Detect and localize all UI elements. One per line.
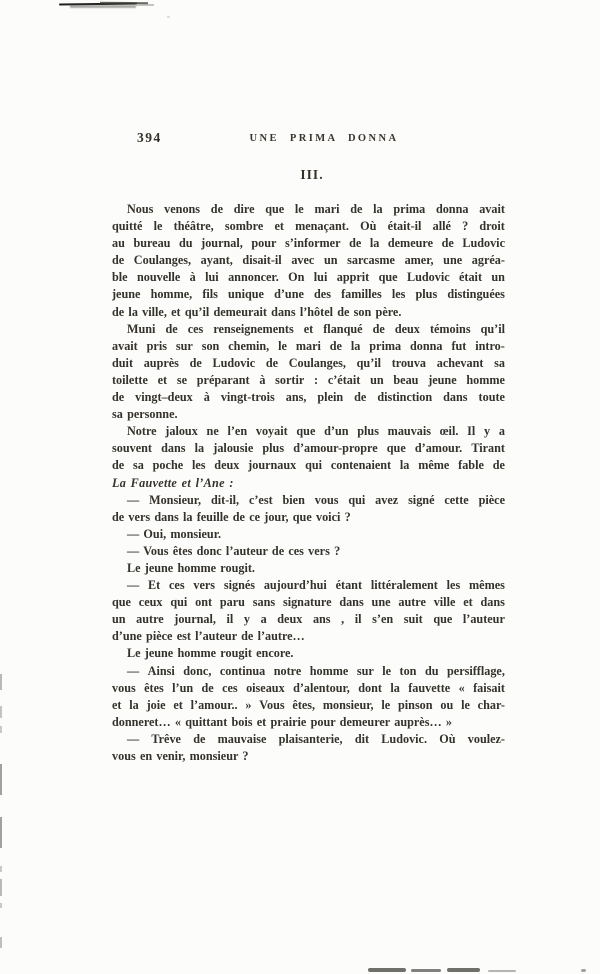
paragraph: Le jeune homme rougit encore. xyxy=(112,645,505,662)
text-line: toiletteetsepréparantàsortir:c’étaitunbe… xyxy=(112,372,505,389)
text-line: Le jeune homme rougit encore. xyxy=(112,645,505,662)
text-line: etlajoieetl’amour..»Vousêtes,monsieur,le… xyxy=(112,697,505,714)
text-line: Nousvenonsdedirequelemaridelaprimadonnaa… xyxy=(112,201,505,218)
scan-left-edge-mark xyxy=(0,879,2,896)
scan-bottom-dash xyxy=(488,970,516,972)
paragraph: Notrejalouxnel’envoyaitqued’unplusmauvai… xyxy=(112,423,505,491)
paragraph: Le jeune homme rougit. xyxy=(112,560,505,577)
text-line: blenouvelleàluiannoncer.OnluiappritqueLu… xyxy=(112,269,505,286)
scan-left-edge-mark xyxy=(0,817,2,848)
scan-bottom-dash xyxy=(581,969,586,972)
text-line: aubureaudujournal,pours’informerdelademe… xyxy=(112,235,505,252)
text-line: Notrejalouxnel’envoyaitqued’unplusmauvai… xyxy=(112,423,505,440)
text-line: — Oui, monsieur. xyxy=(112,526,505,543)
text-line: de la ville, et qu’il demeurait dans l’h… xyxy=(112,304,505,321)
text-line: sa personne. xyxy=(112,406,505,423)
text-line: —Trêvedemauvaiseplaisanterie,ditLudovic.… xyxy=(112,731,505,748)
body-text: Nousvenonsdedirequelemaridelaprimadonnaa… xyxy=(112,201,505,765)
text-line: La Fauvette et l’Ane : xyxy=(112,475,505,492)
scan-left-edge-mark xyxy=(0,903,2,908)
text-line: donneret… « quittant bois et prairie pou… xyxy=(112,714,505,731)
text-line: souventdanslajalousieplusd’amour-propreq… xyxy=(112,440,505,457)
paragraph: —Monsieur,dit-il,c’estbienvousquiavezsig… xyxy=(112,492,505,526)
text-line: devingt–deuxàvingt-troisans,pleindedisti… xyxy=(112,389,505,406)
scan-left-edge-mark xyxy=(0,726,2,733)
section-heading: III. xyxy=(300,167,323,183)
scan-left-edge-mark xyxy=(0,937,2,948)
paragraph: —Etcesverssignésaujourd’huiétantlittéral… xyxy=(112,577,505,645)
scan-speck xyxy=(167,16,170,18)
text-line: de vers dans la feuille de ce jour, que … xyxy=(112,509,505,526)
text-line: avaitprissursonchemin,lemaridelaprimadon… xyxy=(112,338,505,355)
paragraph: —Ainsidonc,continuanotrehommesurletondup… xyxy=(112,663,505,731)
text-line: jeunehomme,filsuniqued’unedesfamillesles… xyxy=(112,286,505,303)
page-number: 394 xyxy=(137,130,162,146)
text-line: — Vous êtes donc l’auteur de ces vers ? xyxy=(112,543,505,560)
scan-bottom-dash xyxy=(368,968,406,972)
paragraph: Munidecesrenseignementsetflanquédedeuxté… xyxy=(112,321,505,424)
scan-bottom-dash xyxy=(447,968,480,972)
text-line: —Ainsidonc,continuanotrehommesurletondup… xyxy=(112,663,505,680)
paragraph: — Vous êtes donc l’auteur de ces vers ? xyxy=(112,543,505,560)
text-line: —Monsieur,dit-il,c’estbienvousquiavezsig… xyxy=(112,492,505,509)
paragraph: Nousvenonsdedirequelemaridelaprimadonnaa… xyxy=(112,201,505,321)
text-line: —Etcesverssignésaujourd’huiétantlittéral… xyxy=(112,577,505,594)
text-line: Le jeune homme rougit. xyxy=(112,560,505,577)
text-line: duitauprèsdeLudovicdeCoulanges,qu’iltrou… xyxy=(112,355,505,372)
text-line: quittélethéâtre,sombreetmenaçant.Oùétait… xyxy=(112,218,505,235)
text-line: queceuxquiontparusanssignaturedansuneaut… xyxy=(112,594,505,611)
text-line: deCoulanges,ayant,disait-ilavecunsarcasm… xyxy=(112,252,505,269)
text-line: vous en venir, monsieur ? xyxy=(112,748,505,765)
paragraph: —Trêvedemauvaiseplaisanterie,ditLudovic.… xyxy=(112,731,505,765)
text-line: unautrejournal,ilyadeuxans,ils’ensuitque… xyxy=(112,611,505,628)
text-line: desapochelesdeuxjournauxquicontenaientla… xyxy=(112,457,505,474)
scanned-book-page: 394 UNE PRIMA DONNA III. Nousvenonsdedir… xyxy=(0,0,600,974)
scan-smudge-top xyxy=(136,4,154,6)
scan-bottom-dash xyxy=(411,969,441,972)
scan-left-edge-mark xyxy=(0,764,2,795)
scan-left-edge-mark xyxy=(0,706,2,718)
paragraph: — Oui, monsieur. xyxy=(112,526,505,543)
scan-smudge-top xyxy=(70,5,136,8)
running-header: UNE PRIMA DONNA xyxy=(250,133,399,144)
scan-left-edge-mark xyxy=(0,674,2,690)
scan-left-edge-mark xyxy=(0,866,2,872)
text-line: d’une pièce est l’auteur de l’autre… xyxy=(112,628,505,645)
text-line: Munidecesrenseignementsetflanquédedeuxté… xyxy=(112,321,505,338)
text-line: vousêtesl’undecesoiseauxd’alentour,dontl… xyxy=(112,680,505,697)
